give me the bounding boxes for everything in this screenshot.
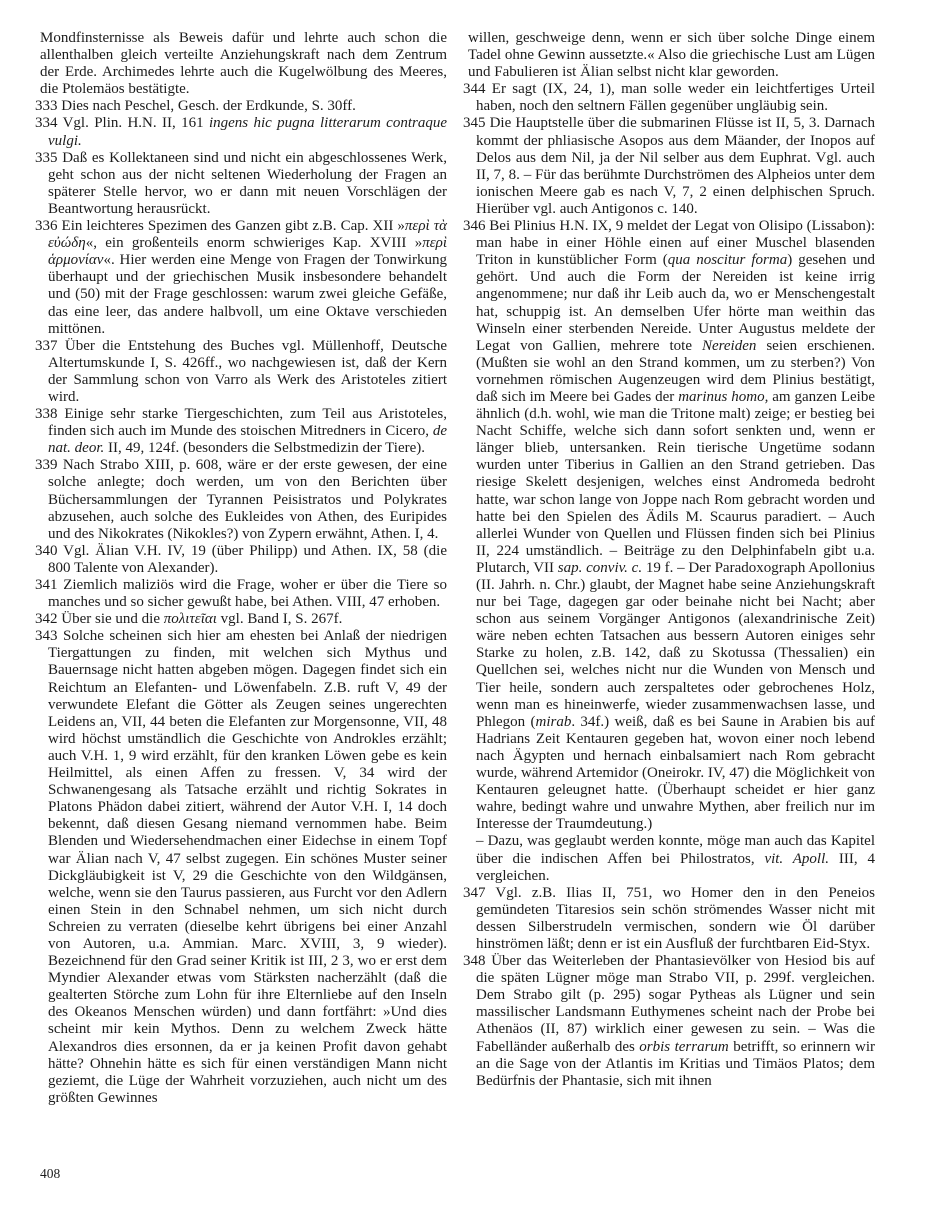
footnote-334: 334 Vgl. Plin. H.N. II, 161 ingens hic p… bbox=[35, 115, 447, 149]
text-segment: Vgl. z.B. Ilias II, 751, wo Homer den in… bbox=[476, 885, 875, 952]
footnote-333: 333 Dies nach Peschel, Gesch. der Erdkun… bbox=[35, 98, 447, 115]
text-segment: Vgl. Plin. H.N. II, 161 bbox=[63, 115, 209, 131]
footnote-number: 340 bbox=[35, 543, 63, 559]
page-number: 408 bbox=[40, 1166, 60, 1182]
italic-text-segment: sap. conviv. c. bbox=[558, 560, 642, 576]
footnote-number: 348 bbox=[463, 953, 491, 969]
italic-text-segment: orbis terrarum bbox=[639, 1039, 728, 1055]
text-segment: am ganzen Leibe ähnlich (d.h. wohl, wie … bbox=[476, 389, 875, 576]
text-segment: . 34f.) weiß, daß es bei Saune in Arabie… bbox=[476, 714, 875, 833]
text-segment: «, ein großenteils enorm schwieriges Kap… bbox=[86, 235, 423, 251]
book-page: Mondfinsternisse als Beweis dafür und le… bbox=[0, 0, 935, 1210]
text-segment: Solche scheinen sich hier am ehesten bei… bbox=[48, 628, 447, 1106]
footnote-339: 339 Nach Strabo XIII, p. 608, wäre er de… bbox=[35, 457, 447, 542]
footnote-338: 338 Einige sehr starke Tiergeschichten, … bbox=[35, 406, 447, 457]
italic-text-segment: marinus homo, bbox=[678, 389, 768, 405]
footnote-number: 345 bbox=[463, 115, 490, 131]
text-segment: Ein leichteres Spezimen des Ganzen gibt … bbox=[62, 218, 405, 234]
footnote-number: 337 bbox=[35, 338, 65, 354]
footnote-number: 344 bbox=[463, 81, 492, 97]
italic-text-segment: qua noscitur forma bbox=[668, 252, 787, 268]
footnote-number: 335 bbox=[35, 150, 62, 166]
footnote-347: 347 Vgl. z.B. Ilias II, 751, wo Homer de… bbox=[463, 885, 875, 953]
text-segment: Ziemlich maliziös wird die Frage, woher … bbox=[48, 577, 447, 610]
italic-text-segment: πολιτεῖαι bbox=[164, 611, 217, 627]
footnote-number: 347 bbox=[463, 885, 495, 901]
footnote-number: 334 bbox=[35, 115, 63, 131]
footnote-number: 333 bbox=[35, 98, 61, 114]
text-segment: Vgl. Älian V.H. IV, 19 (über Philipp) un… bbox=[48, 543, 447, 576]
footnote-346: 346 Bei Plinius H.N. IX, 9 meldet der Le… bbox=[463, 218, 875, 885]
footnote-344: 344 Er sagt (IX, 24, 1), man solle weder… bbox=[463, 81, 875, 115]
footnote-336: 336 Ein leichteres Spezimen des Ganzen g… bbox=[35, 218, 447, 338]
text-segment: Nach Strabo XIII, p. 608, wäre er der er… bbox=[48, 457, 447, 541]
continuation-paragraph: willen, geschweige denn, wenn er sich üb… bbox=[463, 30, 875, 81]
text-segment: Über die Entstehung des Buches vgl. Müll… bbox=[48, 338, 447, 405]
footnote-340: 340 Vgl. Älian V.H. IV, 19 (über Philipp… bbox=[35, 543, 447, 577]
footnote-number: 338 bbox=[35, 406, 64, 422]
text-segment: «. Hier werden eine Menge von Fragen der… bbox=[48, 252, 447, 336]
footnote-number: 343 bbox=[35, 628, 63, 644]
footnote-number: 346 bbox=[463, 218, 489, 234]
text-segment: Mondfinsternisse als Beweis dafür und le… bbox=[40, 30, 447, 97]
text-segment: Die Hauptstelle über die submarinen Flüs… bbox=[476, 115, 875, 216]
right-column: willen, geschweige denn, wenn er sich üb… bbox=[463, 30, 875, 1107]
continuation-paragraph: Mondfinsternisse als Beweis dafür und le… bbox=[35, 30, 447, 98]
footnote-348: 348 Über das Weiterleben der Phantasievö… bbox=[463, 953, 875, 1090]
text-segment: II, 49, 124f. (besonders die Selbstmediz… bbox=[104, 440, 425, 456]
text-segment: Über sie und die bbox=[61, 611, 163, 627]
text-segment: Dies nach Peschel, Gesch. der Erdkunde, … bbox=[61, 98, 356, 114]
italic-text-segment: vit. Apoll. bbox=[764, 851, 829, 867]
footnote-341: 341 Ziemlich maliziös wird die Frage, wo… bbox=[35, 577, 447, 611]
text-segment: 19 f. – Der Paradoxograph Apollonius (II… bbox=[476, 560, 875, 730]
footnote-number: 339 bbox=[35, 457, 63, 473]
footnote-342: 342 Über sie und die πολιτεῖαι vgl. Band… bbox=[35, 611, 447, 628]
footnote-number: 341 bbox=[35, 577, 63, 593]
text-segment: vgl. Band I, S. 267f. bbox=[217, 611, 342, 627]
footnote-337: 337 Über die Entstehung des Buches vgl. … bbox=[35, 338, 447, 406]
text-columns: Mondfinsternisse als Beweis dafür und le… bbox=[35, 30, 875, 1107]
italic-text-segment: mirab bbox=[536, 714, 572, 730]
text-segment: Er sagt (IX, 24, 1), man solle weder ein… bbox=[476, 81, 875, 114]
footnote-335: 335 Daß es Kollektaneen sind und nicht e… bbox=[35, 150, 447, 218]
text-segment: Daß es Kollektaneen sind und nicht ein a… bbox=[48, 150, 447, 217]
footnote-345: 345 Die Hauptstelle über die submarinen … bbox=[463, 115, 875, 218]
left-column: Mondfinsternisse als Beweis dafür und le… bbox=[35, 30, 447, 1107]
text-segment: Einige sehr starke Tiergeschichten, zum … bbox=[48, 406, 447, 439]
italic-text-segment: Nereiden bbox=[702, 338, 756, 354]
footnote-343: 343 Solche scheinen sich hier am ehesten… bbox=[35, 628, 447, 1107]
text-segment: willen, geschweige denn, wenn er sich üb… bbox=[468, 30, 875, 80]
footnote-number: 342 bbox=[35, 611, 61, 627]
footnote-number: 336 bbox=[35, 218, 62, 234]
